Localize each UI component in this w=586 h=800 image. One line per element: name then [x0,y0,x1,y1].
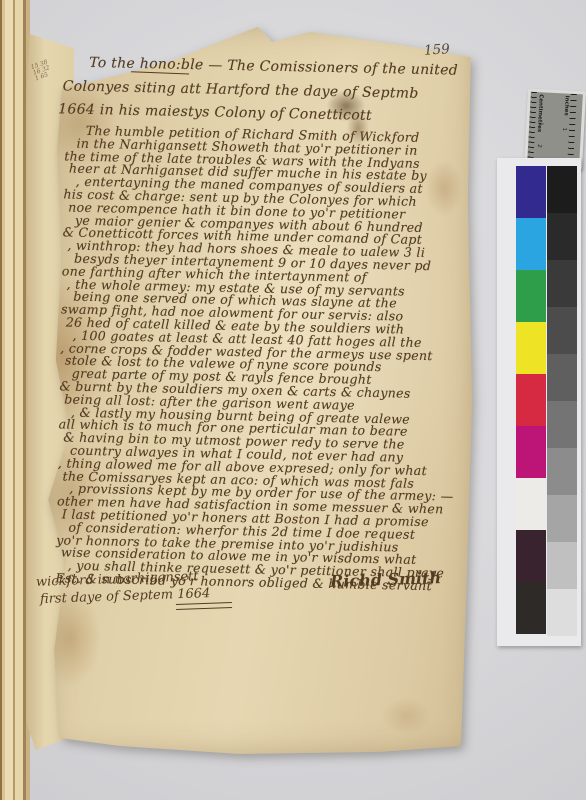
gray-patch [547,589,577,636]
ruler-cm-number-1: 1 [537,122,543,126]
grayscale-column [547,166,577,636]
color-patch [516,374,546,426]
ruler-inches-label: Inches [563,95,570,115]
color-column [516,166,546,634]
color-patch [516,582,546,634]
ruler-cm-number-2: 2 [536,144,542,148]
gray-patch [547,495,577,542]
ruler-centimetres-label: Centimetres [536,94,544,132]
ruler-inches-number: 1 [561,127,567,131]
gray-patch [547,260,577,307]
color-patch [516,478,546,530]
color-patch [516,322,546,374]
ruler-inches-row: Inches 1 [550,93,576,160]
ruler-cm-row: Centimetres 1 2 [527,92,553,159]
gray-patch [547,401,577,448]
color-patch [516,166,546,218]
color-patch [516,530,546,582]
page-number: 159 [423,41,450,59]
ruler-scale: Inches 1 Centimetres 1 2 [527,92,576,160]
color-patch [516,426,546,478]
gray-patch [547,448,577,495]
gray-patch [547,166,577,213]
color-patch [516,270,546,322]
gray-patch [547,213,577,260]
signature: Richd Smith [330,568,442,591]
gray-patch [547,354,577,401]
gray-patch [547,542,577,589]
color-patch [516,218,546,270]
photo-stage: To the hono:ble — The Comissioners of th… [0,0,586,800]
color-calibration-target [497,158,581,646]
gray-patch [547,307,577,354]
manuscript-page [46,26,476,754]
